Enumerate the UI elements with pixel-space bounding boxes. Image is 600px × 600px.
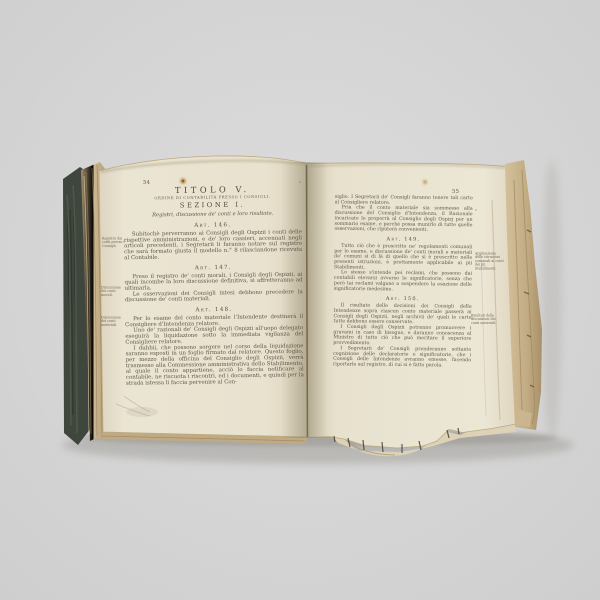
continuation-paragraph: Pria che il conto materiale sia sommesso…	[334, 205, 472, 233]
left-page-section: SEZIONE I.	[123, 200, 301, 210]
article-149-paragraph: Tutto ciò che è prescritto ne' regolamen…	[334, 243, 472, 271]
article-146-paragraph: Subitochè perverranno ai Consigli degli …	[124, 229, 302, 261]
article-150-paragraph: I Consigli degli Ospizii potranno promuo…	[333, 324, 471, 347]
article-149-paragraph: Lo stesso s'intende pei reclami, che pos…	[334, 270, 472, 293]
right-page-text: siglio. I Segretarii de' Consigli farann…	[331, 194, 473, 541]
article-148-paragraph: I dubbii, che possono sorgere nel corso …	[125, 343, 304, 386]
margin-note-discussione-materiali: Discussione dei conti materiali.	[101, 316, 127, 327]
margin-note-discussione-morali: Discussione dei conti morali.	[101, 286, 127, 297]
margin-note-registro-conti: Registro dei conti presso i Consigli.	[102, 237, 128, 248]
article-heading-150: Art. 150.	[334, 295, 472, 302]
margin-note-applicazione-istruzioni: Applicazione delle istruzioni comunali a…	[475, 252, 504, 271]
left-page-text: TITOLO V. ORDINE DI CONTABILITÀ PRESSO I…	[123, 184, 307, 586]
article-147-paragraph: Le osservazioni dei Consigli intesi debb…	[125, 289, 303, 303]
right-page-number: 55	[452, 188, 459, 195]
left-page-section-subtitle: Registri, discussione de' conti e loro r…	[124, 210, 302, 218]
article-150-paragraph: Il risultato delle decisioni dei Consigl…	[333, 303, 471, 326]
article-150-paragraph: I Segretarii de' Consigli prenderanno so…	[333, 346, 471, 369]
article-heading-149: Art. 149.	[334, 236, 472, 243]
left-page-number: 54	[143, 179, 150, 186]
photo-stage: 54 55 TITOLO V. ORDINE DI CONTABILITÀ PR…	[0, 0, 600, 600]
margin-note-risultati-discussioni: Risultati delle discussioni dei conti ma…	[471, 314, 500, 325]
gutter-shadow-right	[307, 162, 328, 438]
